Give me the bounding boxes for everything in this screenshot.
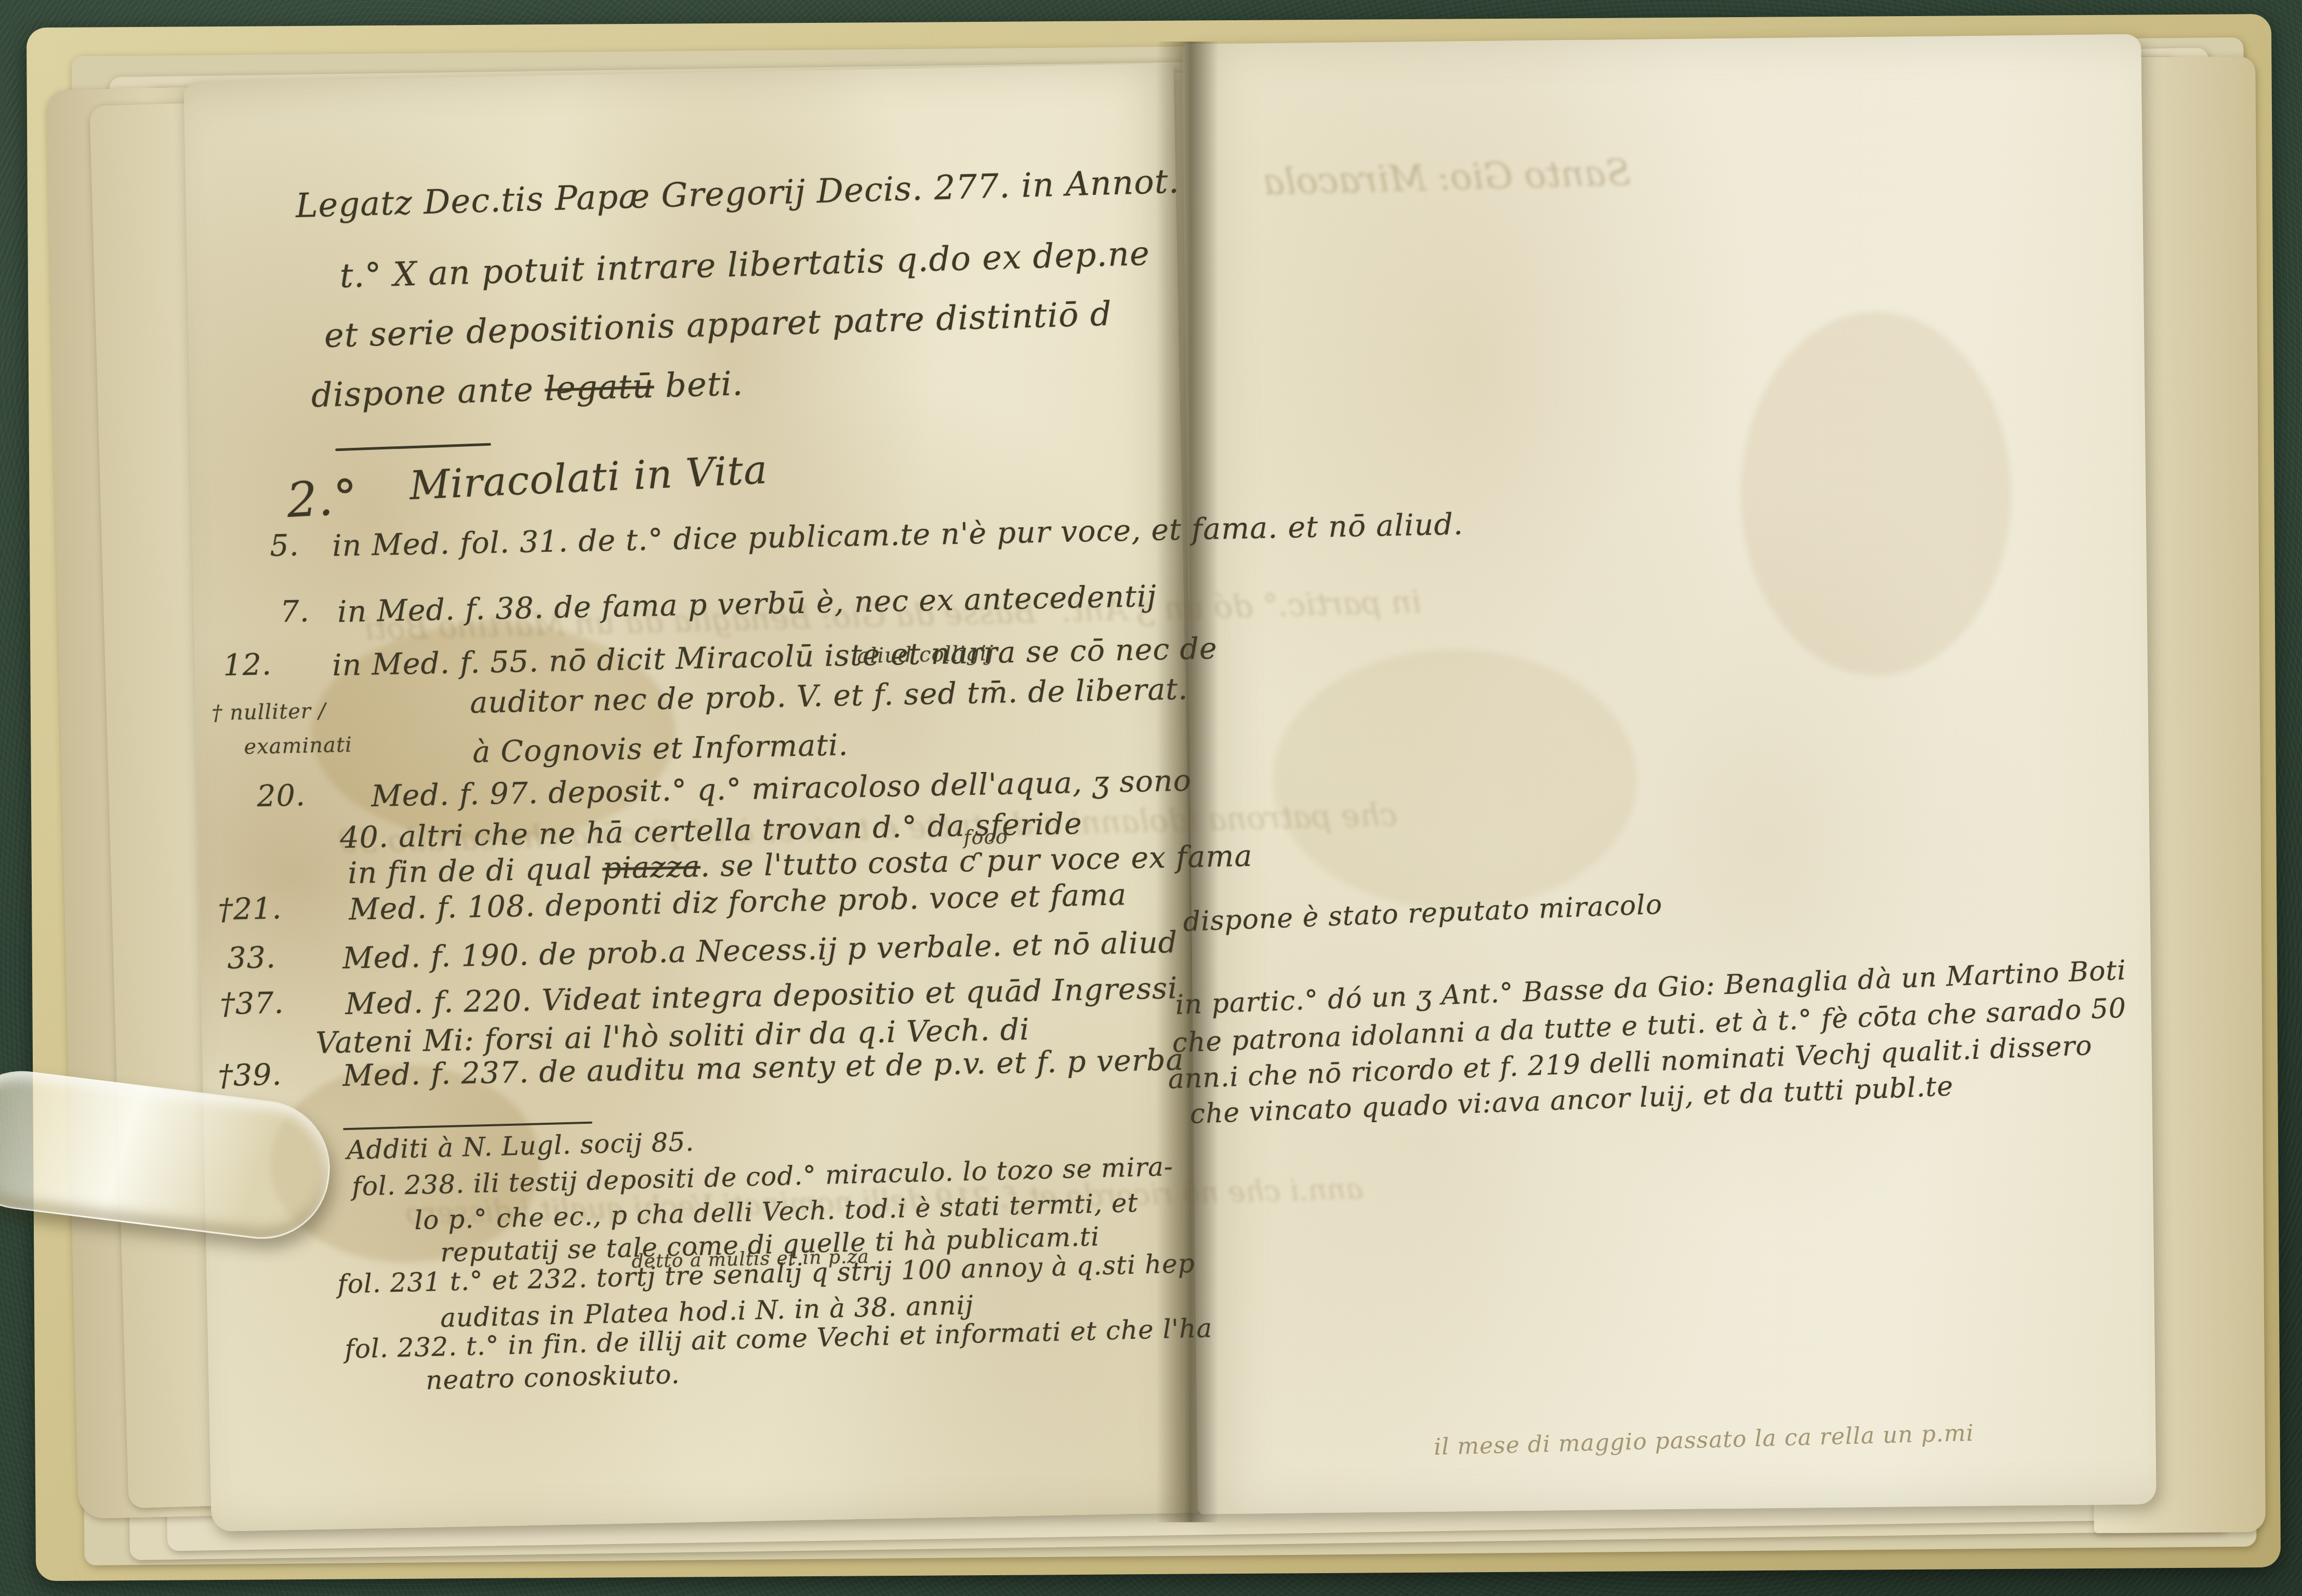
header-line4-suffix: beti. xyxy=(654,365,744,406)
margin-note-line1: † nulliter / xyxy=(211,699,326,725)
margin-cross-mark: † xyxy=(211,701,223,725)
header-line4-struck-word: legatū xyxy=(544,367,654,409)
strike-word: piazza xyxy=(602,849,701,886)
entry-num: 33. xyxy=(227,940,276,976)
margin-note-line2: examinati xyxy=(244,733,352,759)
manuscript-photo: in partic.° dó un ʒ Ant.° Basse da Gio: … xyxy=(0,0,2302,1596)
strike-prefix: in fin de di qual xyxy=(348,852,603,890)
entry-num: †21. xyxy=(218,892,282,927)
entry-num: 5. xyxy=(270,528,300,563)
header-line4-prefix: dispone ante xyxy=(311,370,545,415)
margin-note-word1: nulliter xyxy=(230,699,312,725)
foxing-stain xyxy=(1273,649,1637,909)
entry-cont: à Cognovis et Informati. xyxy=(472,728,849,769)
entry-num: †39. xyxy=(218,1058,282,1093)
entry-num: 20. xyxy=(257,778,306,814)
addendum-line: neatro conoskiuto. xyxy=(426,1359,681,1395)
section-number: 2.° xyxy=(285,469,359,528)
entry-num: 12. xyxy=(223,647,272,683)
entry-num: 7. xyxy=(280,594,310,629)
entry-num: †37. xyxy=(220,986,284,1021)
foxing-stain xyxy=(1741,312,2011,675)
